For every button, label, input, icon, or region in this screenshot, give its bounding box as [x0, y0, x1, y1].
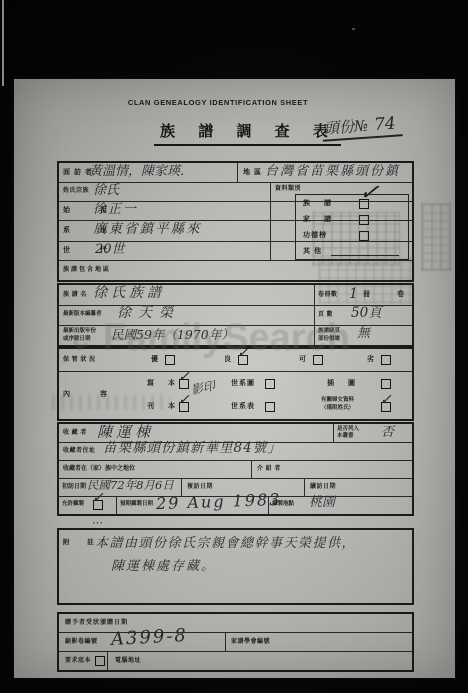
page-note-prefix: 頭份№ [323, 117, 368, 138]
check-mark: ✓ [358, 180, 380, 206]
grid-line [237, 163, 238, 182]
survey-form-paper: CLAN GENEALOGY IDENTIFICATION SHEET 族 譜 … [14, 79, 455, 678]
follow-visit-label: 續訪日期 [310, 484, 336, 490]
film-place-label: 攝製地點 [272, 502, 294, 508]
film-date-label: 預期攝製日期 [120, 502, 153, 508]
film-permit-checkbox: ✓ [93, 500, 103, 510]
first-ancestor-value: 徐正一 [93, 203, 138, 216]
familysearch-logo-mark: ⌄ [64, 318, 98, 361]
content-option-label: 世系圖 [231, 380, 255, 387]
women-data-label-line1: 有關婦女資料 [321, 398, 354, 404]
keep-option-checkbox [381, 355, 391, 365]
clan-value: 徐氏 [93, 184, 119, 197]
microfilm-photo: CLAN GENEALOGY IDENTIFICATION SHEET 族 譜 … [0, 0, 468, 693]
grid-line [270, 182, 271, 260]
in-series-label-line2: 本叢書 [337, 434, 354, 440]
library-seal-stamp [318, 258, 414, 304]
remarks-table: 附 註 本譜由頭份徐氏宗親會總幹事天榮提供， 陳運棟處存藏。 [57, 528, 414, 605]
filing-table: 贈予者受狀頒贈日期 縮影卷編號 A399-8 家譜學會編號 要求底本 電腦地址 [57, 612, 414, 672]
women-data-label-line2: （僅限姓氏） [321, 406, 354, 412]
owner-label: 收 藏 者 [63, 430, 87, 436]
grid-line [59, 371, 412, 372]
familysearch-watermark: ⌄FamilySearch [68, 317, 350, 360]
area-value: 台灣省苗栗縣頭份鎮 [265, 165, 400, 178]
address-label: 收藏者住址 [63, 448, 96, 454]
grid-line [116, 496, 117, 514]
watermark-text: FamilySearch [103, 317, 350, 359]
second-visit-label: 複訪日期 [187, 484, 213, 490]
content-option-checkbox: ✓ [381, 402, 391, 412]
area-label: 地 區 [243, 169, 262, 176]
grid-line [225, 632, 226, 651]
content-option-checkbox: ✓ [179, 402, 189, 412]
origin-value: 廣東省鎮平縣來 [93, 223, 202, 237]
keep-option-label: 劣 [367, 356, 375, 363]
film-permit-label: 允許攝製 [62, 502, 84, 508]
request-copy-label: 要求底本 [65, 658, 91, 664]
remarks-line1: 本譜由頭份徐氏宗親會總幹事天榮提供， [95, 537, 356, 550]
grid-line [304, 478, 305, 496]
grid-line [59, 651, 412, 652]
grid-line [333, 424, 334, 442]
donor-cert-label: 贈予者受狀頒贈日期 [65, 620, 128, 626]
page-note-number: 74 [373, 114, 396, 135]
request-copy-checkbox [95, 656, 105, 666]
form-title: 族 譜 調 查 表 [154, 120, 341, 146]
missing-value: 無 [357, 327, 370, 340]
pages-value: 50頁 [351, 307, 382, 321]
position-label: 收藏者在（家）族中之地位 [63, 466, 135, 472]
content-option-label: 寫 本 [147, 380, 181, 387]
material-option-label: 族 譜 [303, 200, 337, 207]
film-date-value: 29 Aug 1983 [156, 492, 282, 512]
interviewer-value: 黃溫情，陳家瑛． [89, 165, 193, 178]
content-option-checkbox [381, 379, 391, 389]
book-title-value: 徐氏族譜 [93, 286, 165, 300]
introducer-label: 介 紹 者 [257, 466, 281, 472]
check-mark: ✓ [178, 370, 190, 384]
content-option-label: 世系表 [231, 403, 255, 410]
microfilm-label: 縮影卷編號 [65, 639, 98, 645]
content-option-label: 插 圖 [327, 380, 361, 387]
check-mark: ✓ [92, 491, 104, 505]
first-visit-label: 初訪日期 [62, 484, 86, 490]
grid-line [251, 460, 252, 478]
in-series-value: 否 [381, 426, 394, 439]
margin-seal-stamp [421, 203, 451, 271]
in-series-label-line1: 是否列入 [337, 427, 359, 433]
form-english-header: CLAN GENEALOGY IDENTIFICATION SHEET [68, 98, 368, 107]
material-option-checkbox: ✓ [359, 199, 369, 209]
check-mark: ✓ [380, 393, 392, 407]
address-value: 苗栗縣頭份鎮新華里84號」 [103, 442, 282, 456]
handwritten-page-number: 頭份№74 [321, 112, 402, 142]
film-edge-line [2, 0, 4, 86]
check-mark: ✓ [178, 393, 190, 407]
content-option-checkbox [265, 402, 275, 412]
film-speck [352, 28, 355, 30]
remarks-line2: 陳運棟處存藏。 [111, 560, 216, 573]
society-label: 家譜學會編號 [231, 639, 270, 645]
grid-line [107, 651, 108, 670]
book-title-label: 族 譜 名 [63, 292, 87, 298]
content-option-checkbox: ✓ [179, 379, 189, 389]
content-option-checkbox [265, 379, 275, 389]
computer-label: 電腦地址 [115, 658, 141, 664]
film-place-value: 桃園 [309, 496, 335, 509]
generations-value: 20世 [95, 243, 125, 256]
clan-label: 姓氏宗族 [63, 188, 89, 194]
faint-watermark-fragment [52, 395, 170, 410]
owner-value: 陳運棟 [97, 425, 154, 440]
material-type-label: 資料類別 [275, 186, 301, 192]
collector-table: 收 藏 者 陳運棟 是否列入 本叢書 否 收藏者住址 苗栗縣頭份鎮新華里84號」… [57, 422, 414, 516]
grid-line [59, 460, 412, 461]
content-handwritten-note: 影印 [190, 380, 216, 397]
coverage-label: 族譜包含地區 [63, 267, 111, 273]
microfilm-value: A399-8 [111, 627, 189, 649]
